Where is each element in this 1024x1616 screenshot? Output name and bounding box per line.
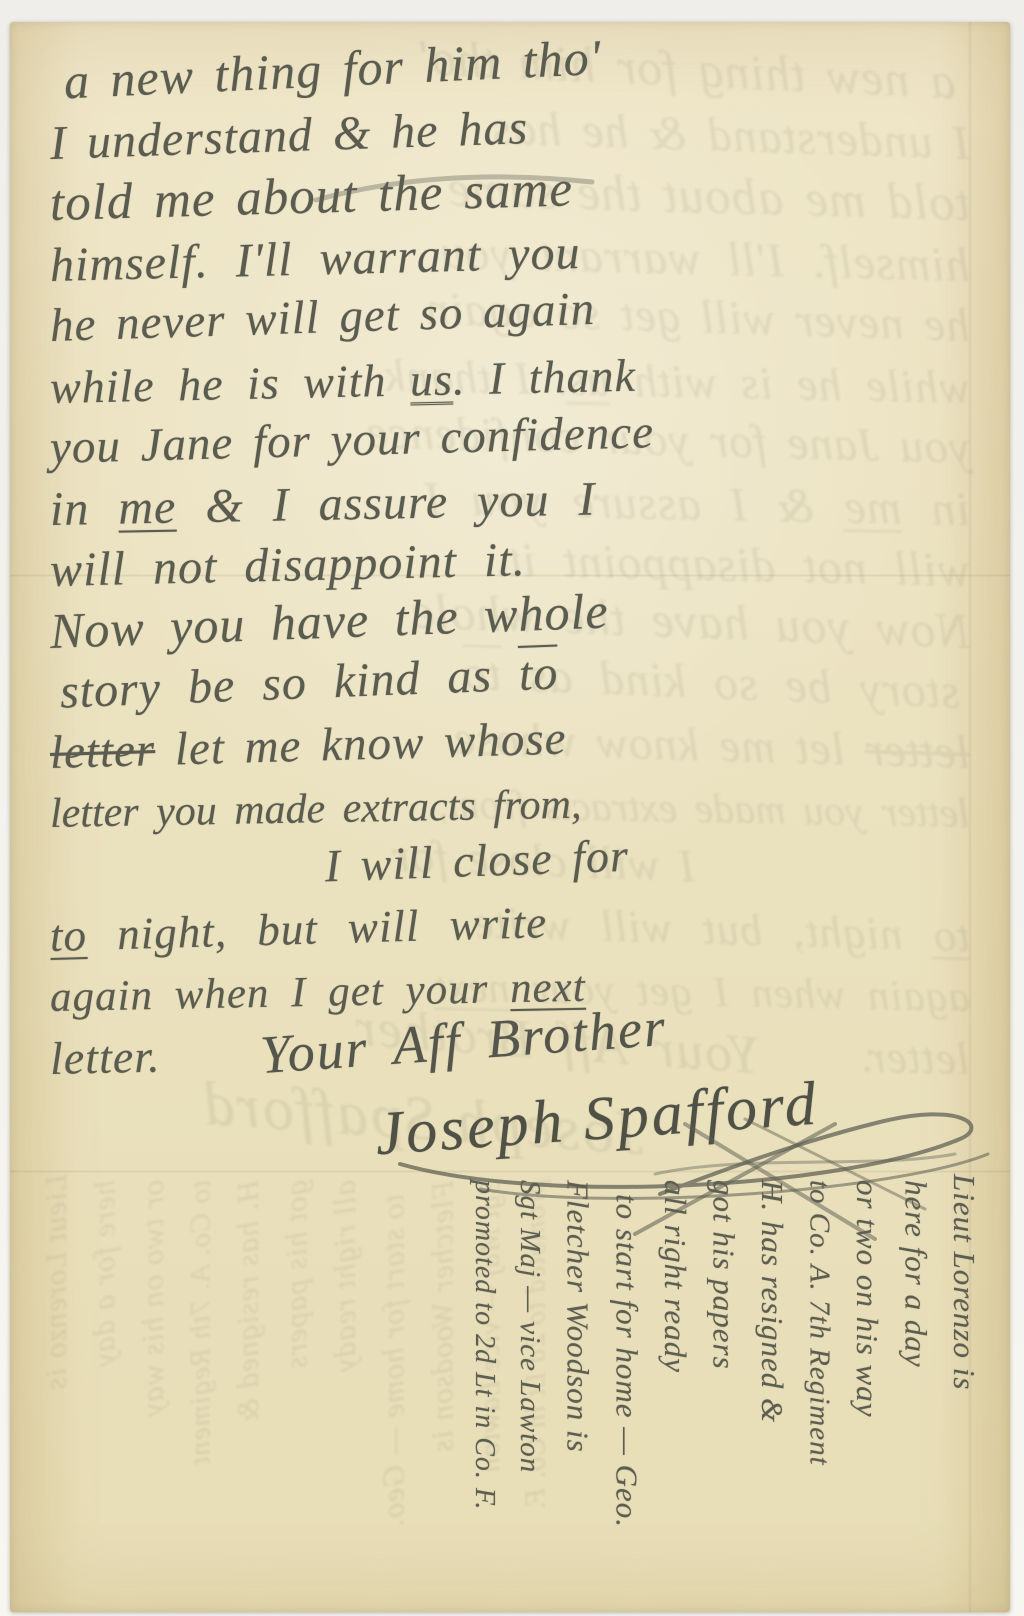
line-pre: in xyxy=(49,482,118,536)
margin-note-line: here for a day xyxy=(899,1180,932,1610)
underlined-word: me xyxy=(118,481,177,535)
fold-crease xyxy=(10,1170,1010,1173)
line-text: let me know whose xyxy=(154,713,567,776)
underlined-word: to xyxy=(49,910,87,961)
line-pre: story be so kind as xyxy=(59,648,520,719)
underlined-word: to xyxy=(518,646,559,700)
line-post: night, but will write xyxy=(86,897,548,960)
margin-note-line: Sgt Maj — vice Lawton xyxy=(515,1180,545,1610)
struck-word: letter xyxy=(49,724,156,779)
margin-note-line: to Co. A. 7th Regiment xyxy=(804,1180,834,1610)
letter-body: a new thing for him tho' I understand & … xyxy=(50,52,990,1089)
letter-paper: a new thing for him tho' I understand & … xyxy=(10,22,1010,1612)
margin-note-line: got his papers xyxy=(707,1180,740,1610)
underlined-word: us xyxy=(409,354,453,406)
margin-note-line: Lieut Lorenzo is xyxy=(947,1174,980,1610)
margin-note-line: promoted to 2d Lt in Co. F. xyxy=(469,1180,498,1610)
line-text: I understand & he has xyxy=(49,101,529,170)
line-text: letter. xyxy=(49,1031,161,1084)
margin-note-line: H. has resigned & xyxy=(755,1180,788,1610)
scanned-letter-page: { "document": { "kind": "handwritten pen… xyxy=(0,0,1024,1616)
margin-note-line: or two on his way xyxy=(850,1180,883,1610)
margin-note-line: Fletcher Woodson is xyxy=(561,1180,594,1610)
line-pre: while he is with xyxy=(49,354,410,413)
line-text: I will close for xyxy=(324,830,630,892)
margin-note-line: to start for home — Geo. xyxy=(610,1194,643,1610)
line-post: . I thank xyxy=(452,350,636,405)
margin-note: Lieut Lorenzo is here for a day or two o… xyxy=(18,1180,996,1610)
line-post: & I assure you I xyxy=(176,473,596,534)
line-text: you Jane for your confidence xyxy=(49,406,654,474)
line-text: told me about the same xyxy=(49,161,573,232)
margin-note-line: all right ready xyxy=(658,1180,691,1610)
line-text: he never will get so again xyxy=(49,283,596,352)
